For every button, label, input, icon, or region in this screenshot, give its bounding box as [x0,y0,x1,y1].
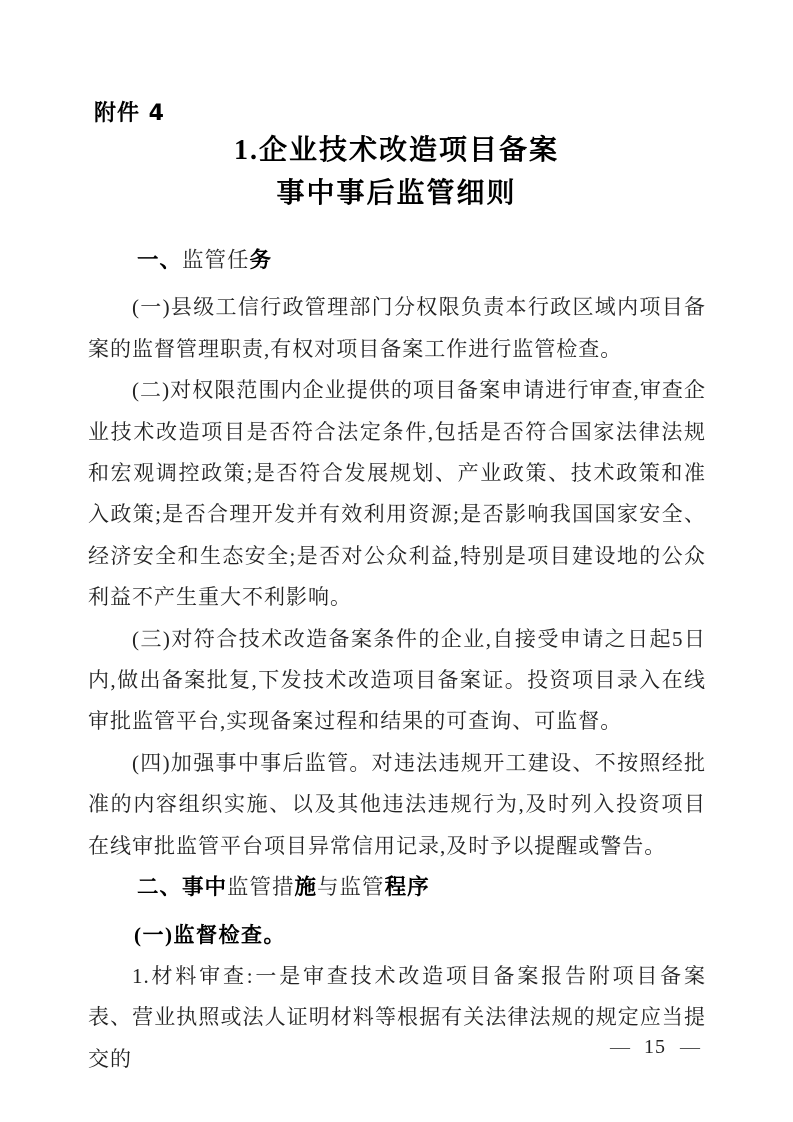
paragraph-item-3: (三)对符合技术改造备案条件的企业,自接受申请之日起5日内,做出备案批复,下发技… [88,619,706,743]
section-heading-2: 二、事中监管措施与监管程序 [88,867,706,908]
heading-segment: 施 [295,875,318,900]
heading-segment: 与监管 [317,875,385,900]
attachment-label: 附件 4 [94,96,165,127]
heading-segment: 务 [250,248,273,273]
heading-segment: 程序 [385,875,430,900]
page-number-value: 15 [644,1036,666,1059]
page-number-dash-left: — [610,1036,630,1059]
page-number: — 15 — [610,1036,700,1059]
heading-segment: 监管措 [227,875,295,900]
paragraph-item-2: (二)对权限范围内企业提供的项目备案申请进行审查,审查企业技术改造项目是否符合法… [88,370,706,618]
paragraph-item-1: (一)县级工信行政管理部门分权限负责本行政区域内项目备案的监督管理职责,有权对项… [88,287,706,370]
document-title: 1.企业技术改造项目备案 事中事后监管细则 [0,129,793,215]
title-line-1: 1.企业技术改造项目备案 [0,129,793,172]
document-body: 一、监管任务 (一)县级工信行政管理部门分权限负责本行政区域内项目备案的监督管理… [88,240,706,1080]
title-line-2: 事中事后监管细则 [0,172,793,215]
heading-segment: 一、 [137,248,182,273]
sub-heading-supervision-check: (一)监督检查。 [88,915,706,956]
paragraph-item-5: 1.材料审查:一是审查技术改造项目备案报告附项目备案表、营业执照或法人证明材料等… [88,956,706,1080]
paragraph-item-4: (四)加强事中事后监管。对违法违规开工建设、不按照经批准的内容组织实施、以及其他… [88,743,706,867]
heading-segment: 二、事中 [137,875,227,900]
page-number-dash-right: — [680,1036,700,1059]
heading-segment: 监管任 [182,248,250,273]
section-heading-1: 一、监管任务 [88,240,706,281]
document-page: 附件 4 1.企业技术改造项目备案 事中事后监管细则 一、监管任务 (一)县级工… [0,0,793,1122]
